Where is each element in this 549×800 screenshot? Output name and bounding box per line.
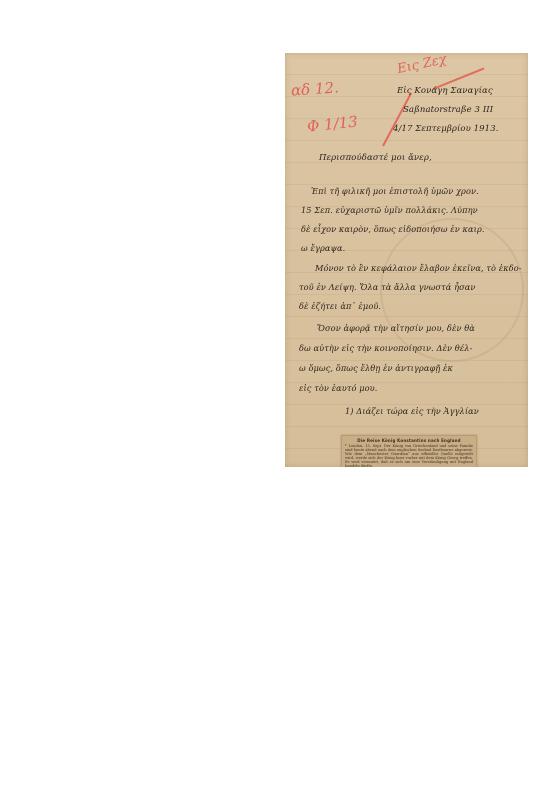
date-line: 4/17 Σεπτεμβρίου 1913.	[393, 124, 499, 134]
body-line: δω αὐτὴν εἰς τὴν κοινοποίησιν. Δὲν θέλ-	[299, 343, 472, 353]
body-line: τοῦ ἐν Λείψη. Ὅλα τὰ ἄλλα γνωστά ἦσαν	[299, 282, 475, 292]
body-line: εἰς τὸν ἑαυτό μου.	[299, 383, 377, 393]
letter-page: Εις Ζεχ αδ 12. Φ 1/13 Εἰς Κονάγη Σαναγία…	[285, 53, 528, 467]
red-annotation-left-1: αδ 12.	[290, 78, 339, 99]
address-line: Saßnatorstraße 3 III	[403, 105, 493, 115]
recipient-line: Εἰς Κονάγη Σαναγίας	[397, 86, 493, 96]
body-line: Ἐπὶ τῆ φιλικῆ μοι ἐπιστολῆ ὑμῶν χρον.	[311, 186, 479, 196]
salutation: Περισπούδαστέ μοι ἄνερ,	[319, 153, 432, 163]
newspaper-clipping: Die Reise König Konstantins nach England…	[341, 435, 477, 467]
body-line: δὲ εἶχον καιρὸν, ὅπως εἰδοποιήσω ἐν καιρ…	[301, 224, 485, 234]
body-line: δὲ ἐζήτει ἀπ᾽ ἐμοῦ.	[299, 301, 381, 311]
body-line: ω ἔγραψα.	[301, 243, 345, 253]
clipping-text: * London, 15. Sept. Der König von Griech…	[342, 443, 476, 467]
body-line: Μόνον τὸ ἓν κεφάλαιον ἔλαβον ἐκεῖνα, τὸ …	[315, 263, 522, 273]
body-line: Ὅσον ἀφορᾷ τὴν αἴτησίν μου, δὲν θὰ	[317, 323, 475, 333]
body-line: 1) Διάζει τώρα εἰς τὴν Ἀγγλίαν	[345, 406, 479, 416]
body-line: 15 Σεπ. εὐχαριστῶ ὑμῖν πολλάκις. Λύπην	[301, 205, 478, 215]
clipping-headline: Die Reise König Konstantins nach England	[342, 438, 476, 443]
body-line: ω ὅμως, ὅπως ἔλθῃ ἐν ἀντιγραφῇ ἐκ	[299, 363, 453, 373]
